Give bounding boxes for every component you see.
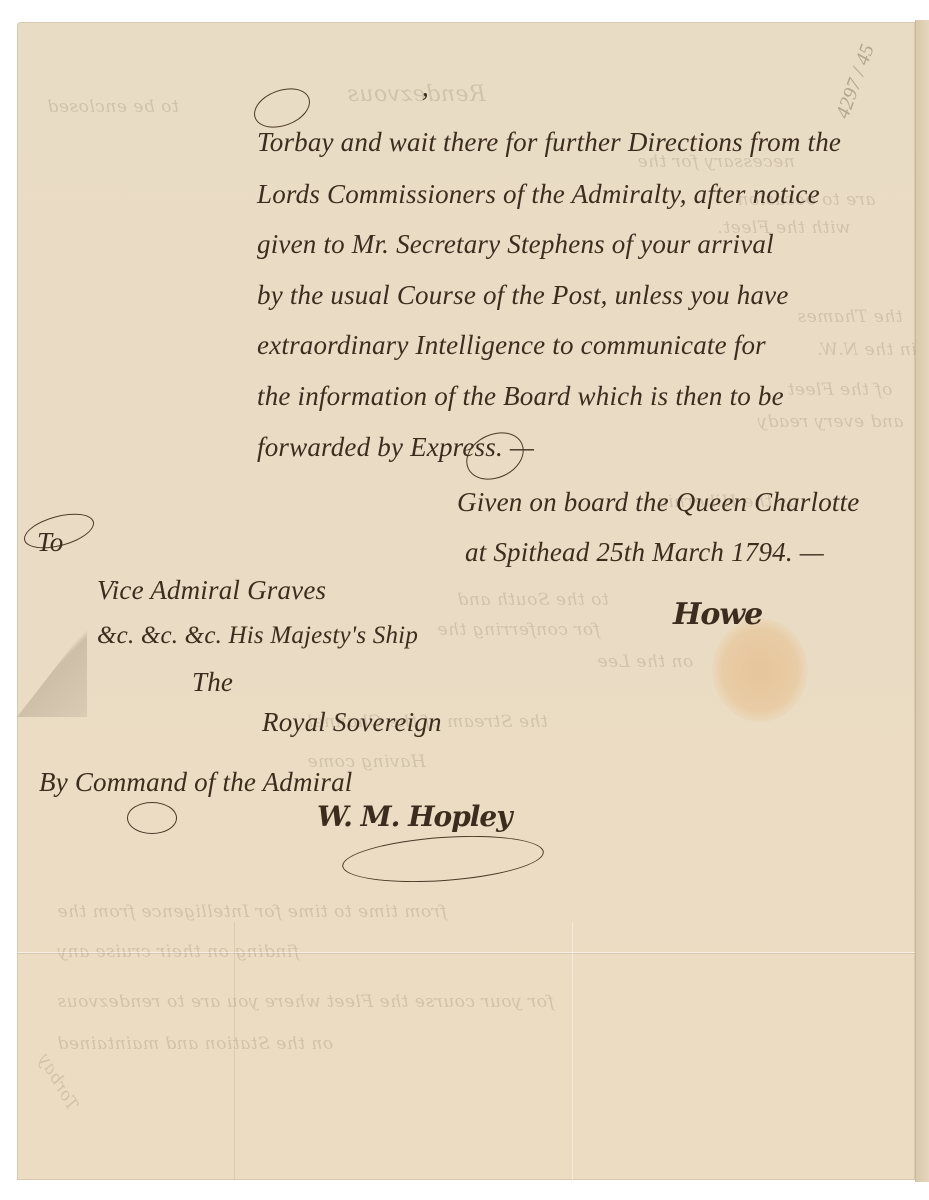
body-line: extraordinary Intelligence to communicat… — [257, 330, 766, 361]
pencil-archive-note: 4297 / 45 — [832, 41, 880, 122]
command-c-flourish — [127, 802, 177, 834]
bleed-through-text: for conferring the — [437, 620, 600, 640]
dateline-ship: Given on board the Queen Charlotte — [457, 487, 859, 518]
bleed-through-text: from time to time for Intelligence from … — [57, 902, 447, 922]
signature-underline-flourish — [341, 830, 546, 888]
page-edge-strip — [915, 20, 929, 1182]
fold-line-horizontal — [17, 952, 915, 953]
bleed-through-text: and every ready — [757, 412, 904, 432]
bleed-through-text: to be enclosed — [47, 97, 179, 117]
body-line: Torbay and wait there for further Direct… — [257, 127, 841, 158]
body-line: Lords Commissioners of the Admiralty, af… — [257, 179, 820, 210]
bleed-through-text: of the Fleet — [787, 380, 892, 400]
bleed-through-text: for your course the Fleet where you are … — [57, 992, 554, 1012]
address-recipient: Vice Admiral Graves — [97, 575, 326, 606]
folded-corner-shadow — [17, 627, 87, 717]
bleed-through-text: Rendezvous — [347, 82, 486, 107]
fold-line-vertical — [572, 922, 573, 1180]
dateline-place-date: at Spithead 25th March 1794. — — [465, 537, 824, 568]
body-line: the information of the Board which is th… — [257, 381, 784, 412]
body-line: given to Mr. Secretary Stephens of your … — [257, 229, 774, 260]
bleed-through-text: Torbay — [34, 1050, 82, 1114]
address-to: To — [37, 527, 63, 558]
signature-howe: Howe — [673, 597, 762, 632]
bleed-through-text: on the Station and maintained — [57, 1034, 333, 1054]
manuscript-page: Rendezvous to be enclosed necessary for … — [17, 22, 915, 1180]
signature-secretary: W. M. Hopley — [317, 800, 512, 833]
bleed-through-text: on the Lee — [597, 652, 693, 672]
bleed-through-text: in the N.W. — [817, 340, 915, 360]
address-title: &c. &c. &c. His Majesty's Ship — [97, 622, 418, 650]
wax-seal-stain — [712, 618, 808, 722]
body-line: by the usual Course of the Post, unless … — [257, 280, 789, 311]
by-command-line: By Command of the Admiral — [39, 767, 352, 798]
fold-line-vertical — [234, 922, 235, 1180]
bleed-through-text: the Thames — [797, 307, 903, 327]
heading-comma: , — [422, 72, 429, 103]
address-the: The — [192, 667, 233, 698]
address-ship-name: Royal Sovereign — [262, 707, 442, 738]
bleed-through-text: to the South and — [457, 590, 609, 610]
